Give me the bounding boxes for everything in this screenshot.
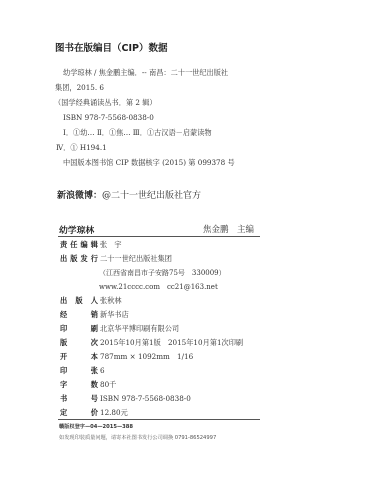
detail-key: 书 号 [60, 394, 98, 404]
detail-row: 书 号ISBN 978-7-5568-0838-0 [60, 394, 191, 404]
detail-key: 印 张 [60, 366, 98, 376]
detail-row: 印 张6 [60, 366, 105, 376]
quality-notice: 如发现印装质量问题，请寄本社图书发行公司调换 0791-86524997 [59, 434, 216, 441]
detail-key: 出版发行 [60, 254, 98, 264]
detail-value: 12.80元 [100, 408, 128, 418]
detail-row: 字 数80千 [60, 380, 116, 390]
copyright-registration: 赣版权登字—04—2015—388 [59, 423, 133, 430]
detail-row: 开 本787mm × 1092mm 1/16 [60, 352, 193, 362]
cip-line: ISBN 978-7-5568-0838-0 [63, 113, 154, 122]
detail-value: 6 [100, 366, 105, 375]
detail-row: 责任编辑张 宇 [60, 240, 122, 250]
detail-value: 2015年10月第1版 2015年10月第1次印刷 [100, 338, 243, 348]
detail-row: 版 次2015年10月第1版 2015年10月第1次印刷 [60, 338, 243, 348]
detail-key: 开 本 [60, 352, 98, 362]
divider-top [58, 236, 260, 237]
weibo-label: 新浪微博： [57, 191, 102, 201]
detail-row: 出 版 人张秋林 [60, 296, 122, 306]
detail-row: 定 价12.80元 [60, 408, 128, 418]
detail-value: 80千 [100, 380, 116, 390]
detail-value: 张 宇 [100, 240, 122, 250]
detail-row: 出版发行二十一世纪出版社集团 [60, 254, 172, 264]
detail-web: www.21cccc.com cc21@163.net [99, 282, 218, 292]
detail-value: 二十一世纪出版社集团 [100, 254, 172, 264]
cip-line: 集团，2015. 6 [55, 83, 104, 93]
cip-line: Ⅳ．① H194.1 [56, 143, 107, 153]
detail-key: 印 刷 [60, 324, 98, 334]
cip-line: 幼学琼林 / 焦金鹏主编．-- 南昌：二十一世纪出版社 [63, 68, 228, 78]
detail-value: 新华书店 [100, 310, 129, 320]
detail-key: 出 版 人 [60, 296, 98, 306]
detail-key: 定 价 [60, 408, 98, 418]
cip-line: 中国版本图书馆 CIP 数据核字 (2015) 第 099378 号 [63, 158, 235, 168]
divider-bottom [58, 419, 260, 420]
detail-key: 责任编辑 [60, 240, 98, 250]
book-title: 幼学琼林 [59, 223, 94, 236]
cip-line: （国学经典诵读丛书．第 2 辑） [54, 98, 157, 108]
weibo-handle: @二十一世纪出版社官方 [102, 191, 201, 201]
cip-line: Ⅰ．①幼… Ⅱ．①焦… Ⅲ．①古汉语－启蒙读物 [63, 128, 212, 138]
detail-key: 经 销 [60, 310, 98, 320]
detail-key: 字 数 [60, 380, 98, 390]
detail-value: 张秋林 [100, 296, 122, 306]
cip-title: 图书在版编目（CIP）数据 [55, 40, 167, 54]
detail-row: 印 刷北京华平博印刷有限公司 [60, 324, 179, 334]
detail-address: （江西省南昌市子安路75号 330009） [99, 268, 226, 278]
detail-value: 787mm × 1092mm 1/16 [100, 352, 193, 362]
book-editor: 焦金鹏 主编 [203, 223, 254, 235]
detail-value: ISBN 978-7-5568-0838-0 [100, 394, 191, 403]
detail-key: 版 次 [60, 338, 98, 348]
detail-row: 经 销新华书店 [60, 310, 129, 320]
detail-value: 北京华平博印刷有限公司 [100, 324, 179, 334]
weibo: 新浪微博：@二十一世纪出版社官方 [57, 188, 201, 201]
